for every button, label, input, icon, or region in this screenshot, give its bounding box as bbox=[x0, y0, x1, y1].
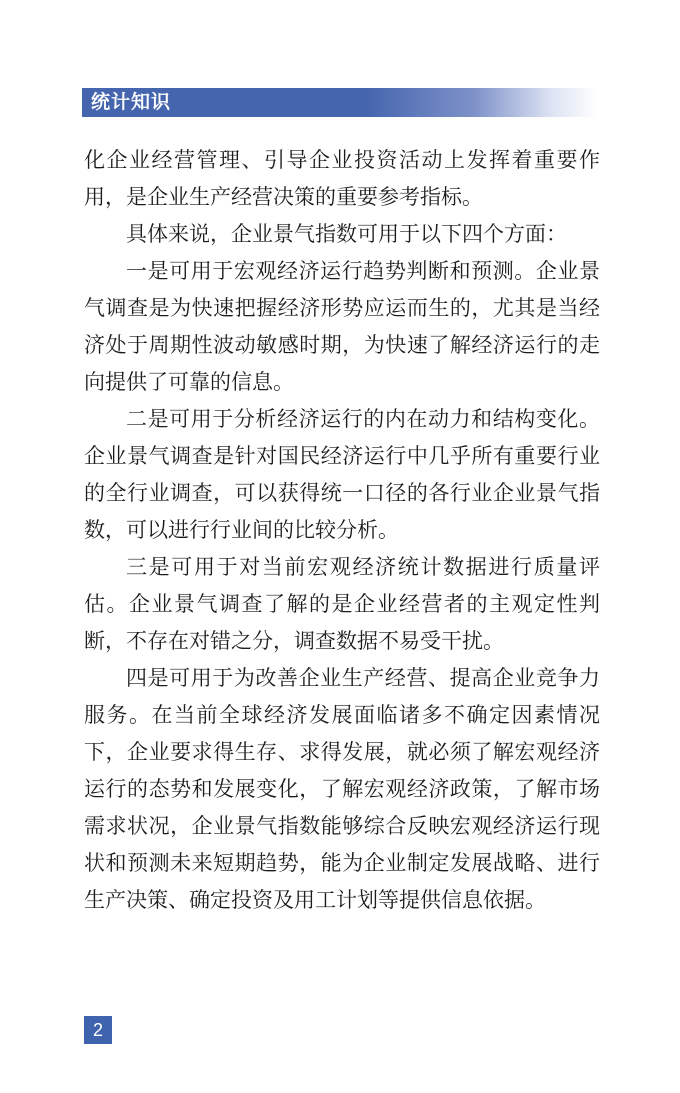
body-paragraph: 四是可用于为改善企业生产经营、提高企业竞争力服务。在当前全球经济发展面临诸多不确… bbox=[84, 660, 600, 919]
body-text-block: 化企业经营管理、引导企业投资活动上发挥着重要作用，是企业生产经营决策的重要参考指… bbox=[84, 142, 600, 919]
body-paragraph: 二是可用于分析经济运行的内在动力和结构变化。企业景气调查是针对国民经济运行中几乎… bbox=[84, 401, 600, 549]
document-page: 统计知识 化企业经营管理、引导企业投资活动上发挥着重要作用，是企业生产经营决策的… bbox=[0, 0, 680, 1093]
page-number: 2 bbox=[93, 1016, 103, 1044]
body-paragraph: 一是可用于宏观经济运行趋势判断和预测。企业景气调查是为快速把握经济形势应运而生的… bbox=[84, 253, 600, 401]
section-header-banner: 统计知识 bbox=[82, 88, 598, 117]
body-paragraph: 三是可用于对当前宏观经济统计数据进行质量评估。企业景气调查了解的是企业经营者的主… bbox=[84, 549, 600, 660]
section-header-title: 统计知识 bbox=[82, 88, 171, 117]
body-paragraph: 化企业经营管理、引导企业投资活动上发挥着重要作用，是企业生产经营决策的重要参考指… bbox=[84, 142, 600, 216]
page-number-badge: 2 bbox=[84, 1016, 112, 1044]
body-paragraph: 具体来说，企业景气指数可用于以下四个方面： bbox=[84, 216, 600, 253]
